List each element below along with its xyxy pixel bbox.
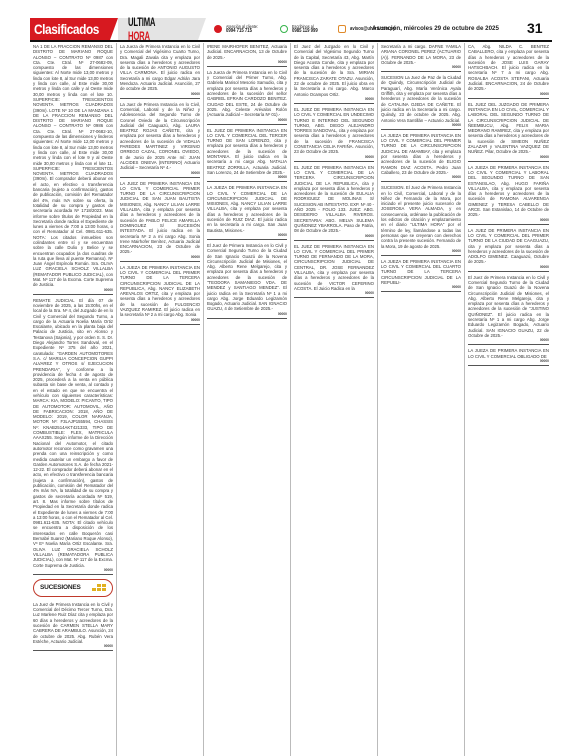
column-4: El Juez del Juzgado en lo Civil y Comerc…: [291, 43, 378, 756]
notice: IRENE MAIRHOFER BENITEZ, Actuaria Judici…: [207, 43, 287, 67]
notice: LA JUEZA DE PRIMERA INSTANCIA EN LO CIVI…: [381, 258, 461, 292]
column-5: Secretaría a mi cargo. DAFNE YAMILA ARIA…: [378, 43, 465, 756]
notice: EL JUEZ DE PRIMERA INSTANCIA EN LO CIVIL…: [207, 127, 287, 183]
page-number: 31: [527, 20, 543, 36]
sucesiones-label: SUCESIONES: [40, 584, 81, 591]
notice: La Jueza de Primera Instancia en lo Civi…: [207, 69, 287, 125]
notice: El Juez del Juzgado en lo Civil y Comerc…: [294, 43, 374, 104]
column-2: La Jueza de Primera Instancia en lo Civi…: [117, 43, 204, 756]
notice: NA 1 DE LA FRACCION REMANSO DEL DISTRITO…: [33, 43, 113, 295]
column-6: CA, Abg. NILDA C. BENITEZ CABALLERO, cit…: [465, 43, 552, 756]
notice: LA JUEZA DE PRIMERA INSTANCIA EN LO CIVI…: [468, 347, 549, 366]
dateline: Asunción, miércoles 29 de octubre de 202…: [372, 25, 499, 32]
section-title: Clasificados: [34, 21, 99, 37]
newspaper-logo: ULTIMAHORA: [118, 18, 198, 40]
header-rule: [30, 40, 552, 42]
notice: LA JUEZA DE PRIMERA INSTANCIA EN LO CIVI…: [468, 164, 549, 225]
notice: LA JUEZA DE PRIMERA INSTANCIA EN LO CIVI…: [381, 132, 461, 182]
notice: La Juez de Primera Instancia en lo Civil…: [120, 101, 200, 178]
notice: CA, Abg. NILDA C. BENITEZ CABALLERO, cit…: [468, 43, 549, 99]
notice: Secretaría a mi cargo. DAFNE YAMILA ARIA…: [381, 43, 461, 72]
notice: LA JUEZA DE PRIMERA INSTANCIA EN LO CIVI…: [207, 184, 287, 240]
notice: EL JUEZ DE PRIMERA INSTANCIA EN LO CIVIL…: [294, 106, 374, 162]
whatsapp-number: 0985 119 999: [292, 29, 318, 34]
contact-whatsapp: Escribinos al0985 119 999: [280, 24, 322, 34]
notice: SUCESION. El Juez de Primera Instancia e…: [381, 184, 461, 256]
grid-icon: [92, 584, 106, 591]
notice: EL JUEZ DE PRIMERA INSTANCIA EN LO CIVIL…: [294, 164, 374, 241]
phone-icon: [214, 25, 222, 33]
sucesiones-banner: SUCESIONES: [33, 579, 113, 597]
classifieds-columns: NA 1 DE LA FRACCION REMANSO DEL DISTRITO…: [30, 43, 552, 756]
notice: LA JUEZ DE PRIMERA INSTANCIA EN LO CIVIL…: [468, 227, 549, 272]
logo-ultima: ULTIMA: [128, 15, 155, 29]
notice: LA JUEZ DE PRIMERA INSTANCIA EN LO CIVIL…: [120, 180, 200, 262]
column-3: IRENE MAIRHOFER BENITEZ, Actuaria Judici…: [204, 43, 291, 756]
column-1: NA 1 DE LA FRACCION REMANSO DEL DISTRITO…: [30, 43, 117, 756]
notice: La Juez de Primera Instancia en lo Civil…: [33, 601, 113, 651]
notice: SUCESION La Juez de Paz de la Ciudad de …: [381, 74, 461, 130]
email-icon: [338, 25, 346, 33]
notice: El Juez de Primera Instancia en lo Civil…: [468, 274, 549, 346]
notice: El Juez de Primera Instancia en lo Civil…: [207, 242, 287, 319]
notice: EL JUEZ DEL JUZGADO DE PRIMERA INSTANCIA…: [468, 101, 549, 162]
notice: REMATE JUDICIAL El día 07 de noviembre d…: [33, 297, 113, 575]
notice: La Jueza de Primera Instancia en lo Civi…: [120, 43, 200, 99]
contact-phone: Atención al cliente:0994 715 715: [214, 24, 264, 34]
section-label: Clasificados: [30, 18, 110, 40]
phone-number: 0994 715 715: [226, 29, 258, 34]
notice: LA JUEZA DE PRIMERA INSTANCIA EN LO CIVI…: [120, 264, 200, 325]
whatsapp-icon: [280, 25, 288, 33]
notice: EL JUEZ DE PRIMERA INSTANCIA EN LO CIVIL…: [294, 243, 374, 299]
